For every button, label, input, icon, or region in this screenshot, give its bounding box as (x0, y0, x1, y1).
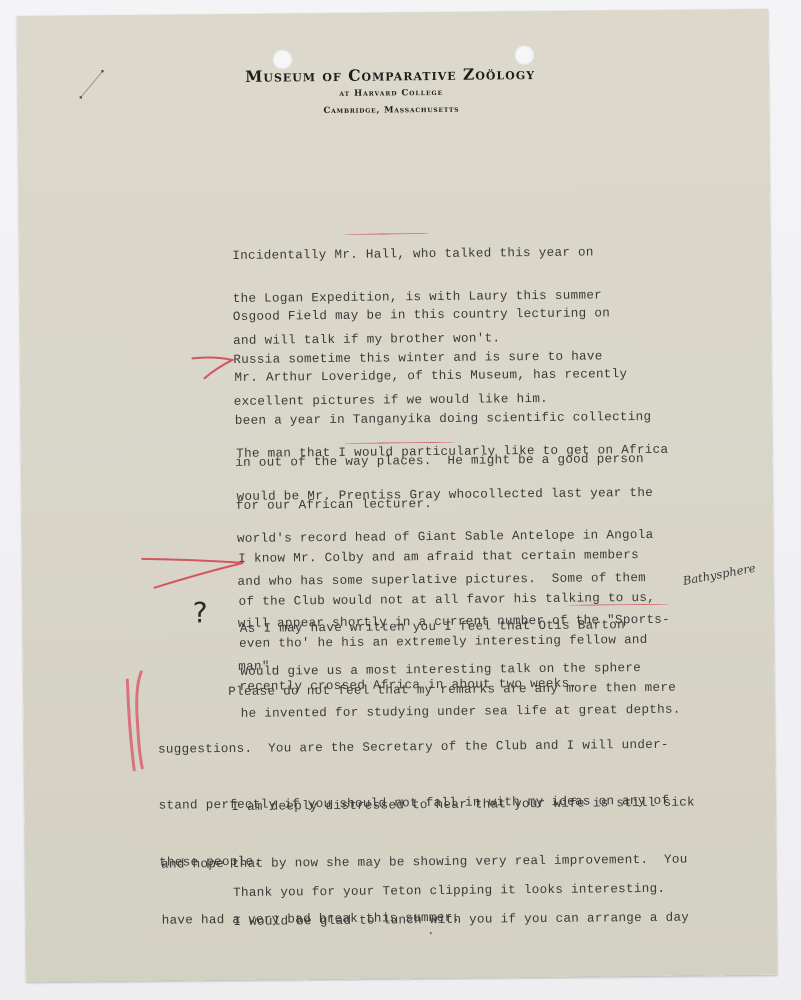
handwritten-note-bathysphere: Bathysphere (682, 561, 757, 588)
letter-page: Museum of Comparative Zoölogy at Harvard… (17, 9, 777, 982)
letterhead-title: Museum of Comparative Zoölogy (15, 62, 766, 88)
red-double-line-mark (121, 668, 152, 778)
text-line: I am deeply distressed to hear that your… (160, 789, 695, 823)
text-line: Mr. Arthur Loveridge, of this Museum, ha… (234, 367, 651, 386)
text-line: would be Mr. Prentiss Gray whocollected … (237, 485, 669, 504)
letterhead-subtitle: at Harvard College (16, 85, 767, 102)
text-line: suggestions. You are the Secretary of th… (158, 730, 677, 764)
letterhead-location: Cambridge, Massachusetts (16, 102, 767, 119)
red-arrow-mark-loveridge (190, 350, 250, 391)
punch-hole-right (514, 45, 534, 65)
ink-dot (430, 932, 432, 934)
text-line: I know Mr. Colby and am afraid that cert… (238, 548, 655, 567)
text-line: As I may have written you I feel that Ot… (240, 618, 680, 637)
red-arrow-mark-colby (140, 546, 250, 597)
text-line: Osgood Field may be in this country lect… (233, 306, 610, 324)
question-mark-annotation: ? (193, 596, 208, 629)
text-line: Incidentally Mr. Hall, who talked this y… (232, 245, 601, 263)
paragraph-lunch: I would be glad to lunch with you if you… (162, 876, 689, 966)
text-line: Please do not feel that my remarks are a… (157, 674, 676, 708)
text-line: I would be glad to lunch with you if you… (163, 904, 690, 938)
text-line: The man that I would particularly like t… (236, 443, 668, 462)
